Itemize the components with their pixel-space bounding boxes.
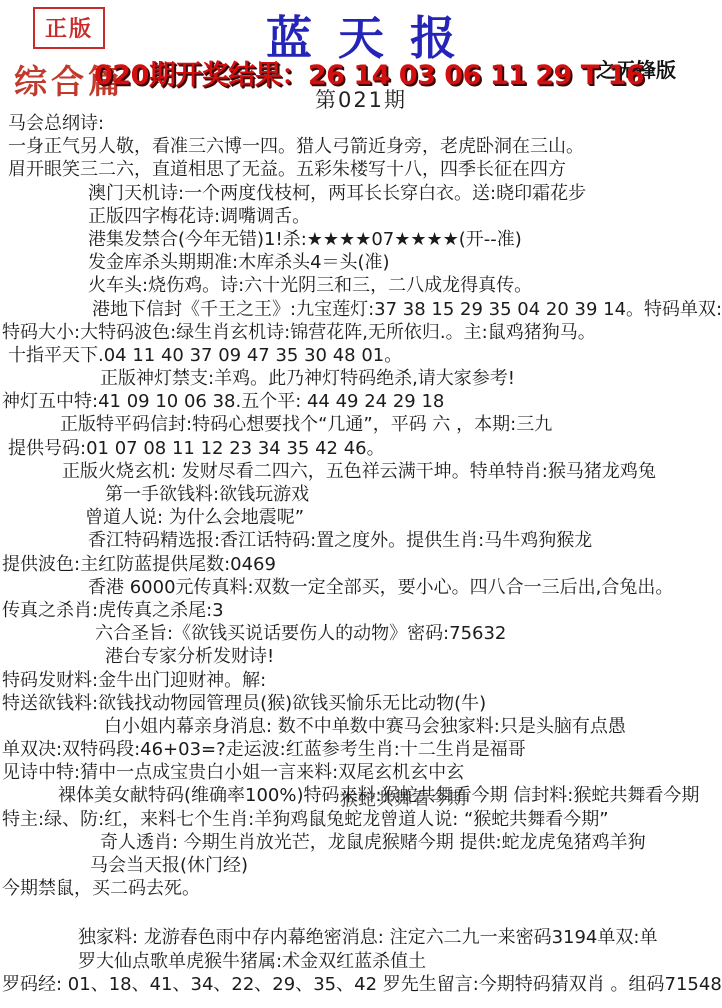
newspaper-page: 正版 蓝天报 020期开奖结果：26 14 03 06 11 29 T 16 之… <box>0 0 722 1008</box>
text-line: 马会当天报(休门经) <box>0 854 722 877</box>
text-line: 特送欲钱料:欲钱找动物园管理员(猴)欲钱买愉乐无比动物(牛) <box>0 692 722 715</box>
text-line: 港台专家分析发财诗! <box>0 645 722 668</box>
text-line: 香港 6000元传真料:双数一定全部买，要小心。四八合一三后出,合兔出。 <box>0 576 722 599</box>
text-line: 十指平天下.04 11 40 37 09 47 35 30 48 01。 <box>0 344 722 367</box>
text-line: 传真之杀肖:虎传真之杀尾:3 <box>0 599 722 622</box>
text-line: 特码大小:大特码波色:绿生肖玄机诗:锦营花阵,无所依归.。主:鼠鸡猪狗马。 <box>0 321 722 344</box>
text-line: 提供号码:01 07 08 11 12 23 34 35 42 46。 <box>0 437 722 460</box>
text-line: 一身正气另人敬，看准三六博一四。猎人弓箭近身旁，老虎卧洞在三山。 <box>0 135 722 158</box>
text-line: 正版四字梅花诗:调嘴调舌。 <box>0 205 722 228</box>
text-line: 六合圣旨:《欲钱买说话要伤人的动物》密码:75632 <box>0 622 722 645</box>
text-line: 发金库杀头期期准:木库杀头4＝头(准) <box>0 251 722 274</box>
text-line: 港集发禁合(今年无错)1!杀:★★★★07★★★★(开--准) <box>0 228 722 251</box>
text-line: 正版特平码信封:特码心想要找个“几通”，平码 六 ，本期:三九 <box>0 413 722 436</box>
overprint-ghost-text: 猴蛇共舞看今期 <box>340 784 466 811</box>
text-line: 单双决:双特码段:46+03=?走运波:红蓝参考生肖:十二生肖是福哥 <box>0 738 722 761</box>
text-line: 白小姐内幕亲身消息: 数不中单数中赛马会独家料:只是头脑有点愚 <box>0 715 722 738</box>
text-line: 火车头:烧伤鸡。诗:六十光阴三和三，二八成龙得真传。 <box>0 274 722 297</box>
text-line: 正版火烧玄机: 发财尽看二四六，五色祥云满干坤。特单特肖:猴马猪龙鸡兔 <box>0 460 722 483</box>
text-line: 马会总纲诗: <box>0 112 722 135</box>
text-line: 第一手欲钱料:欲钱玩游戏 <box>0 483 722 506</box>
body-lines: 马会总纲诗:一身正气另人敬，看准三六博一四。猎人弓箭近身旁，老虎卧洞在三山。眉开… <box>0 112 722 996</box>
text-line: 香江特码精选报:香江话特码:置之度外。提供生肖:马牛鸡狗猴龙 <box>0 529 722 552</box>
text-line: 正版神灯禁支:羊鸡。此乃神灯特码绝杀,请大家参考! <box>0 367 722 390</box>
text-line: 今期禁鼠，买二码去死。 <box>0 877 722 900</box>
text-line: 见诗中特:猜中一点成宝贵白小姐一言来料:双尾玄机玄中玄 <box>0 761 722 784</box>
text-line: 提供波色:主红防蓝提供尾数:0469 <box>0 553 722 576</box>
lottery-result-banner: 020期开奖结果：26 14 03 06 11 29 T 16 <box>94 53 644 92</box>
text-line: 罗大仙点歌单虎猴牛猪属:术金双红蓝杀值土 <box>0 950 722 973</box>
text-line: 独家料: 龙游春色雨中存内幕绝密消息: 注定六二九一来密码3194单双:单 <box>0 926 722 949</box>
text-line: 曾道人说: 为什么会地震呢” <box>0 506 722 529</box>
text-line: 眉开眼笑三二六，直道相思了无益。五彩朱楼写十八，四季长征在四方 <box>0 158 722 181</box>
text-line: 港地下信封《千王之王》:九宝莲灯:37 38 15 29 35 04 20 39… <box>0 298 722 321</box>
text-line: 罗码经: 01、18、41、34、22、29、35、42 罗先生留言:今期特码猜… <box>0 973 722 996</box>
text-line: 澳门天机诗:一个两度伐枝柯，两耳长长穿白衣。送:晓印霜花步 <box>0 182 722 205</box>
text-line: 特码发财料:金牛出门迎财神。解: <box>0 669 722 692</box>
text-line: 神灯五中特:41 09 10 06 38.五个平: 44 49 24 29 18 <box>0 390 722 413</box>
text-line: 奇人透肖: 今期生肖放光芒，龙鼠虎猴赌今期 提供:蛇龙虎兔猪鸡羊狗 <box>0 831 722 854</box>
